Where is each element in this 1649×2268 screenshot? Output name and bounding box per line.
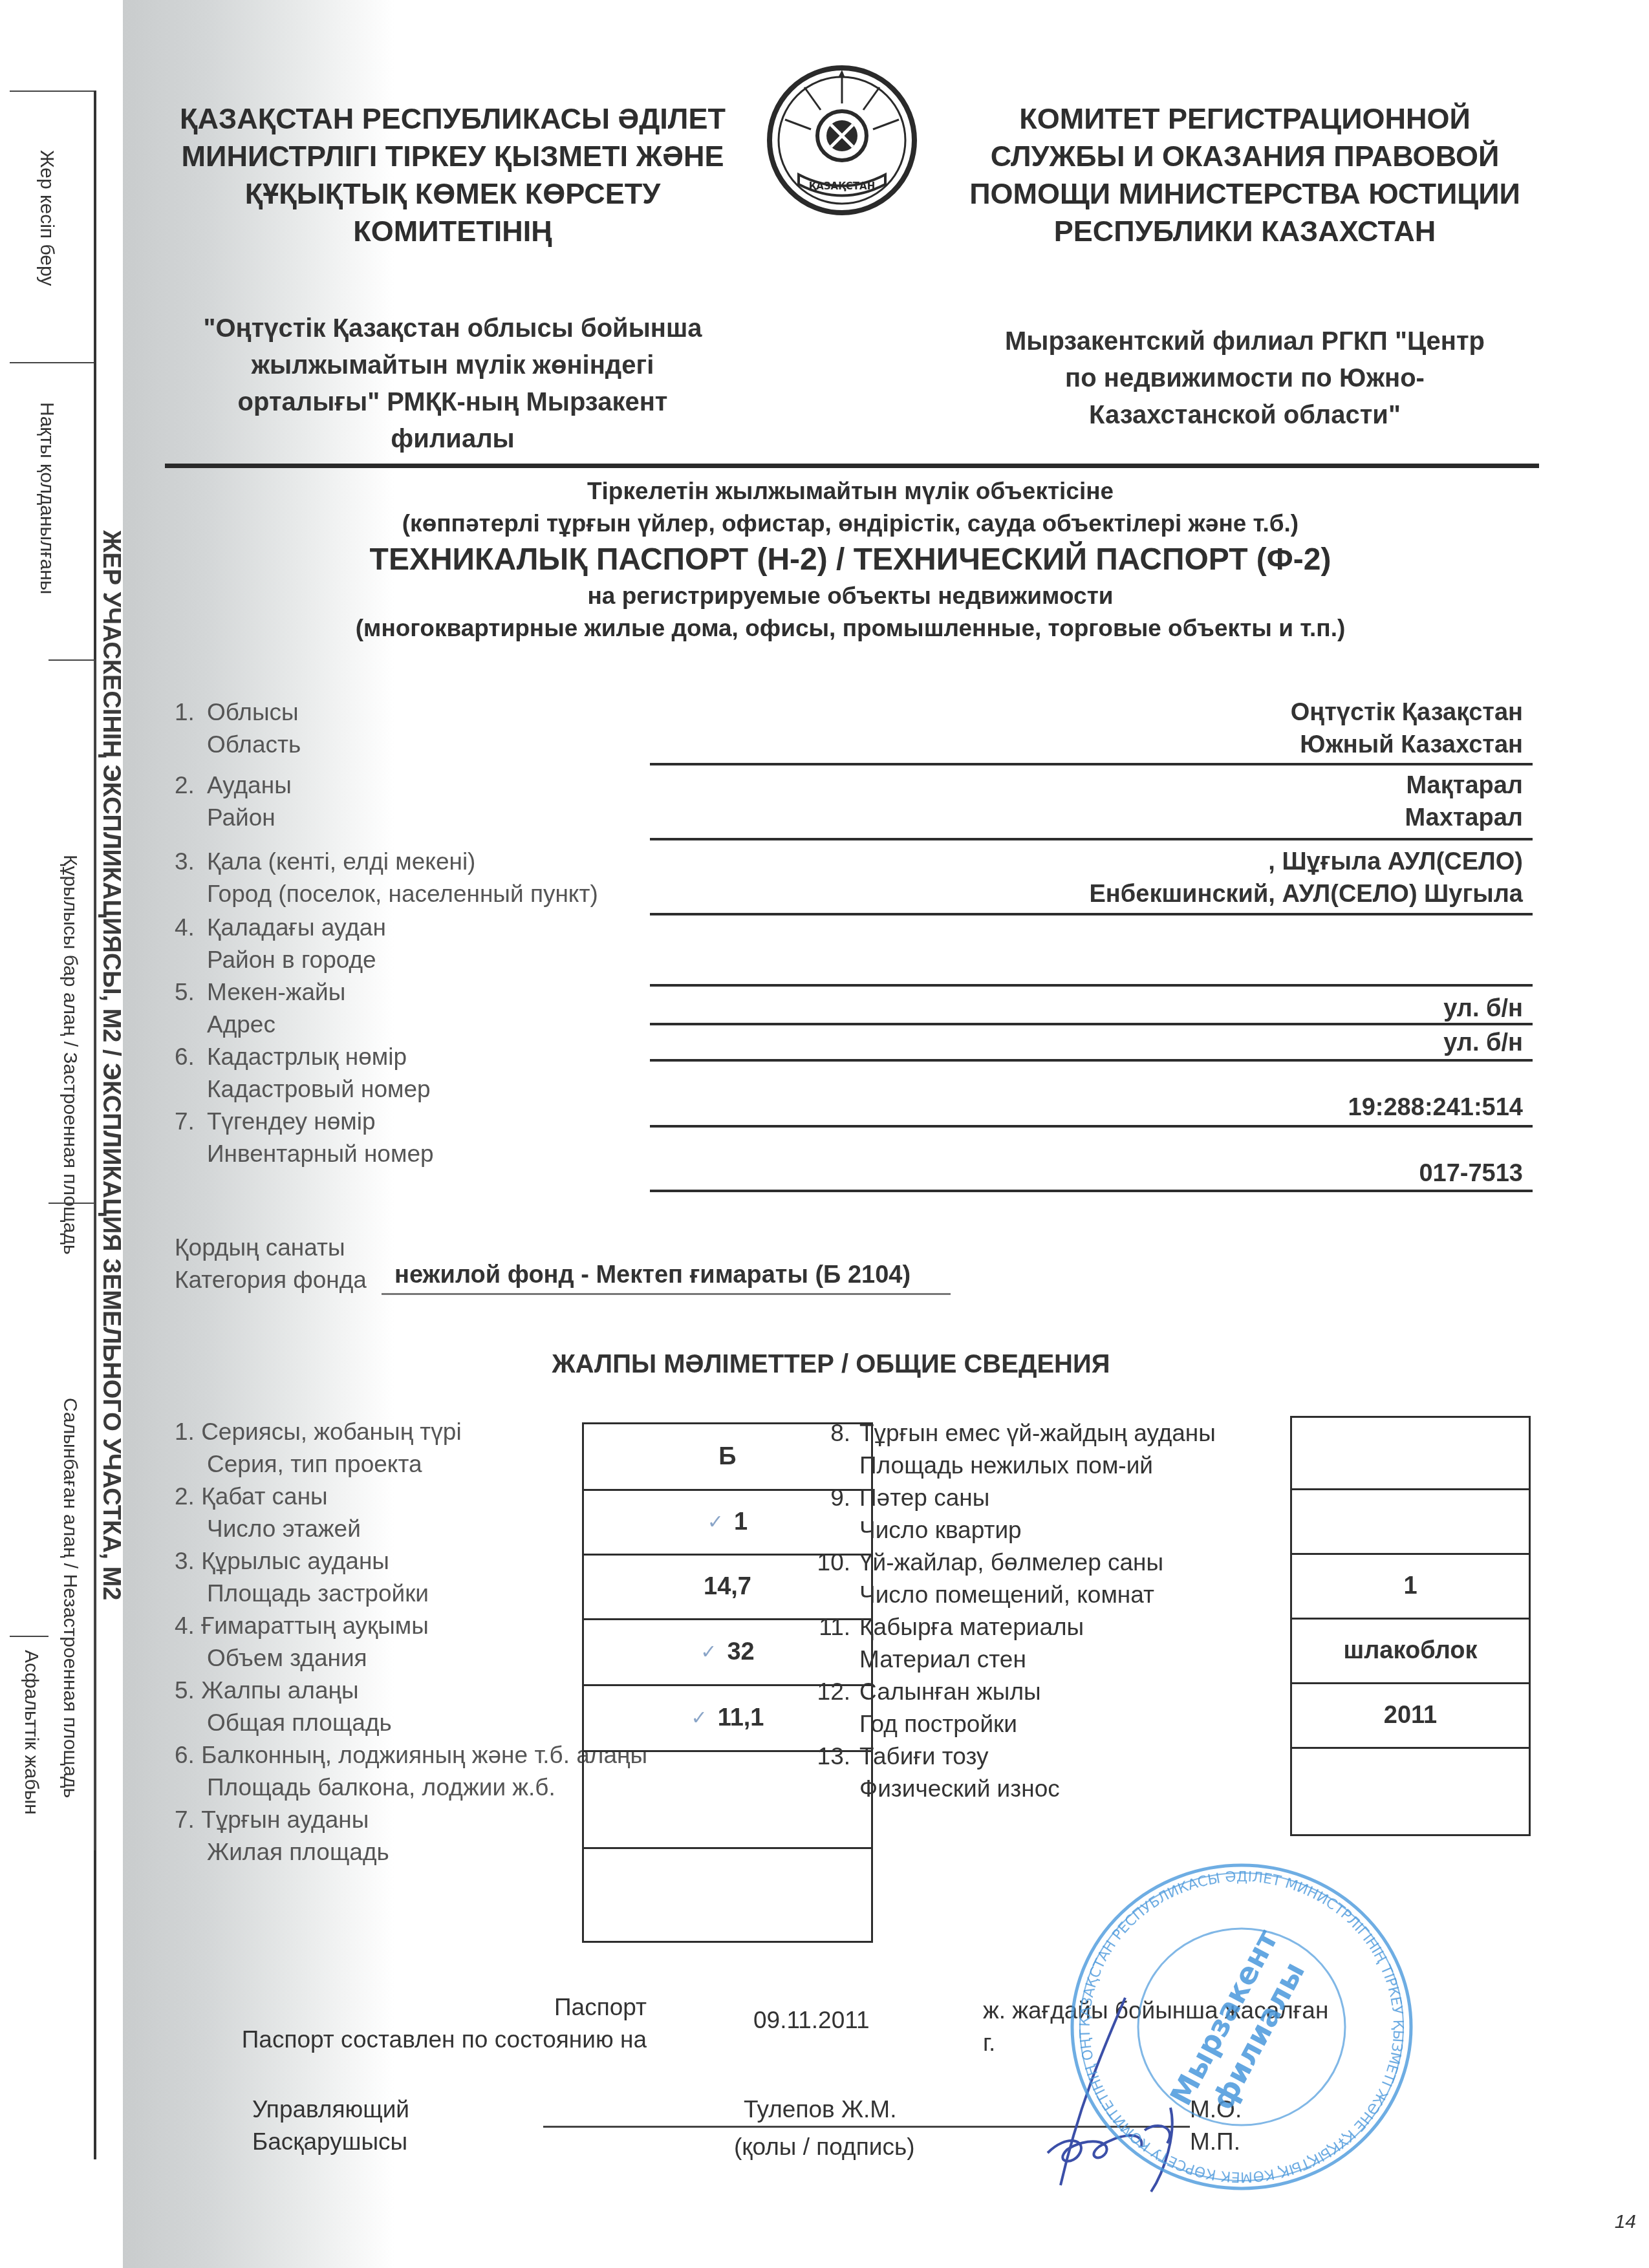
- branch-line: Мырзакентский филиал РГКП "Центр: [918, 323, 1571, 360]
- field-underline: [650, 1059, 1533, 1062]
- title-line-1: Тіркелетін жылжымайтын мүлік объектісіне: [162, 475, 1539, 508]
- field-address-label: 5.Мекен-жайы Адрес: [175, 976, 345, 1041]
- field-city-label: 3.Қала (кенті, елді мекені) Город (посел…: [175, 846, 598, 910]
- check-mark-icon: ✓: [707, 1511, 724, 1534]
- value-box-wear: [1292, 1749, 1529, 1834]
- field-underline: [650, 913, 1533, 915]
- header-line: ҚАЗАҚСТАН РЕСПУБЛИКАСЫ ӘДІЛЕТ: [162, 100, 744, 138]
- field-address-value: ул. б/н: [1443, 992, 1523, 1025]
- field-region-value: Оңтүстік ҚазақстанЮжный Казахстан: [1291, 696, 1523, 761]
- official-stamp: ҚАЗАҚСТАН РЕСПУБЛИКАСЫ ӘДІЛЕТ МИНИСТРЛІГ…: [1061, 1862, 1423, 2192]
- margin-cell-label: Салынбаған алаң / Незастроенная площадь: [59, 1398, 81, 1798]
- passport-date-label: Паспорт Паспорт составлен по состоянию н…: [168, 1991, 647, 2056]
- general-right-labels: 8.Тұрғын емес үй-жайдың ауданы Площадь н…: [799, 1417, 1216, 1805]
- general-info-title: ЖАЛПЫ МӘЛІМЕТТЕР / ОБЩИЕ СВЕДЕНИЯ: [524, 1350, 1138, 1379]
- margin-cell: Нақты қолданылғаны: [10, 362, 94, 661]
- field-cadastral-value: 19:288:241:514: [1348, 1091, 1523, 1124]
- manager-title: Управляющий Басқарушысы: [252, 2093, 409, 2158]
- branch-line: орталығы" РМҚК-ның Мырзакент: [162, 384, 744, 421]
- title-line-5: (многоквартирные жилые дома, офисы, пром…: [162, 612, 1539, 645]
- general-left-labels: 1. Сериясы, жобаның түрі Серия, тип прое…: [175, 1416, 647, 1868]
- field-underline: [650, 1125, 1533, 1128]
- field-underline: [650, 763, 1533, 765]
- margin-cell-label: Жер кесіп беру: [36, 150, 58, 286]
- value-box-nonresidential-area: [1292, 1418, 1529, 1490]
- header-line: РЕСПУБЛИКИ КАЗАХСТАН: [918, 213, 1571, 250]
- branch-name-kz: "Оңтүстік Қазақстан облысы бойынша жылжы…: [162, 310, 744, 458]
- land-explication-title: ЖЕР УЧАСКЕСІНІҢ ЭКСПЛИКАЦИЯСЫ, М2 / ЭКСП…: [97, 530, 125, 1601]
- committee-name-ru: КОМИТЕТ РЕГИСТРАЦИОННОЙ СЛУЖБЫ И ОКАЗАНИ…: [918, 100, 1571, 250]
- field-inventory-label: 7.Түгендеу нөмір Инвентарный номер: [175, 1106, 434, 1170]
- header-line: ПОМОЩИ МИНИСТЕРСТВА ЮСТИЦИИ: [918, 175, 1571, 213]
- committee-name-kz: ҚАЗАҚСТАН РЕСПУБЛИКАСЫ ӘДІЛЕТ МИНИСТРЛІГ…: [162, 100, 744, 250]
- margin-cell-label: Нақты қолданылғаны: [36, 402, 58, 594]
- header-line: СЛУЖБЫ И ОКАЗАНИЯ ПРАВОВОЙ: [918, 138, 1571, 175]
- value-box-year-built: 2011: [1292, 1684, 1529, 1749]
- field-underline: [650, 1023, 1533, 1025]
- field-region-label: 1.Облысы Область: [175, 696, 301, 761]
- field-cadastral-label: 6.Кадастрлық нөмір Кадастровый номер: [175, 1041, 431, 1106]
- field-underline: [650, 838, 1533, 840]
- field-city-value: , Шұғыла АУЛ(СЕЛО)Енбекшинский, АУЛ(СЕЛО…: [1090, 846, 1524, 910]
- field-underline: [650, 1190, 1533, 1192]
- signature-caption: (қолы / подпись): [734, 2131, 915, 2163]
- branch-line: "Оңтүстік Қазақстан облысы бойынша: [162, 310, 744, 347]
- check-mark-icon: ✓: [691, 1707, 707, 1729]
- svg-text:ҚАЗАҚСТАН: ҚАЗАҚСТАН: [809, 180, 876, 192]
- margin-cell-label: Асфальттік жабын: [20, 1650, 42, 1815]
- page-number: 14: [1615, 2211, 1636, 2233]
- value-box-living-area: [584, 1849, 871, 1914]
- passport-date-value: 09.11.2011: [753, 2004, 870, 2037]
- document-title-block: Тіркелетін жылжымайтын мүлік объектісіне…: [162, 475, 1539, 645]
- branch-line: Казахстанской области": [918, 397, 1571, 434]
- margin-cell-label: Құрылысы бар алаң / Застроенная площадь: [59, 855, 81, 1255]
- title-line-2: (көппәтерлі тұрғын үйлер, офистар, өндір…: [162, 508, 1539, 540]
- header-line: МИНИСТРЛІГІ ТІРКЕУ ҚЫЗМЕТІ ЖӘНЕ: [162, 138, 744, 175]
- margin-cell: Жер кесіп беру: [10, 91, 94, 363]
- branch-name-ru: Мырзакентский филиал РГКП "Центр по недв…: [918, 323, 1571, 434]
- margin-cell: Асфальттік жабын: [10, 1636, 48, 1831]
- check-mark-icon: ✓: [700, 1641, 717, 1664]
- field-city-district-label: 4.Қаладағы аудан Район в городе: [175, 912, 386, 976]
- branch-line: по недвижимости по Южно-: [918, 360, 1571, 397]
- header-line: КОМИТЕТІНІҢ: [162, 213, 744, 250]
- header-divider: [165, 464, 1539, 468]
- branch-line: филиалы: [162, 421, 744, 458]
- document-title: ТЕХНИКАЛЫҚ ПАСПОРТ (Н-2) / ТЕХНИЧЕСКИЙ П…: [162, 540, 1539, 580]
- header-line: ҚҰҚЫҚТЫҚ КӨМЕК КӨРСЕТУ: [162, 175, 744, 213]
- branch-line: жылжымайтын мүлік жөніндегі: [162, 347, 744, 384]
- field-district-value: МақтаралМахтарал: [1405, 769, 1523, 834]
- field-district-label: 2.Ауданы Район: [175, 769, 292, 834]
- fund-category-label: Қордың санаты Категория фонда: [175, 1232, 367, 1296]
- field-inventory-value: 017-7513: [1419, 1157, 1523, 1190]
- manager-name: Тулепов Ж.М.: [744, 2093, 896, 2126]
- field-underline: [650, 984, 1533, 987]
- header-line: КОМИТЕТ РЕГИСТРАЦИОННОЙ: [918, 100, 1571, 138]
- value-box-rooms: 1: [1292, 1555, 1529, 1620]
- land-explication-margin-table: Жер кесіп беру Нақты қолданылғаны Құрылы…: [10, 91, 96, 2159]
- title-line-4: на регистрируемые объекты недвижимости: [162, 580, 1539, 612]
- general-right-values: 1 шлакоблок 2011: [1290, 1416, 1531, 1836]
- margin-cell: Құрылысы бар алаң / Застроенная площадь: [48, 659, 96, 1204]
- field-underline: [382, 1293, 951, 1295]
- field-address-value-ru: ул. б/н: [1443, 1027, 1523, 1059]
- value-box-apartments: [1292, 1490, 1529, 1555]
- value-box-wall-material: шлакоблок: [1292, 1620, 1529, 1684]
- margin-cell: Салынбаған алаң / Незастроенная площадь: [48, 1203, 96, 1850]
- fund-category-value: нежилой фонд - Мектеп ғимараты (Б 2104): [394, 1261, 911, 1289]
- kazakhstan-emblem-icon: ҚАЗАҚСТАН: [766, 65, 918, 217]
